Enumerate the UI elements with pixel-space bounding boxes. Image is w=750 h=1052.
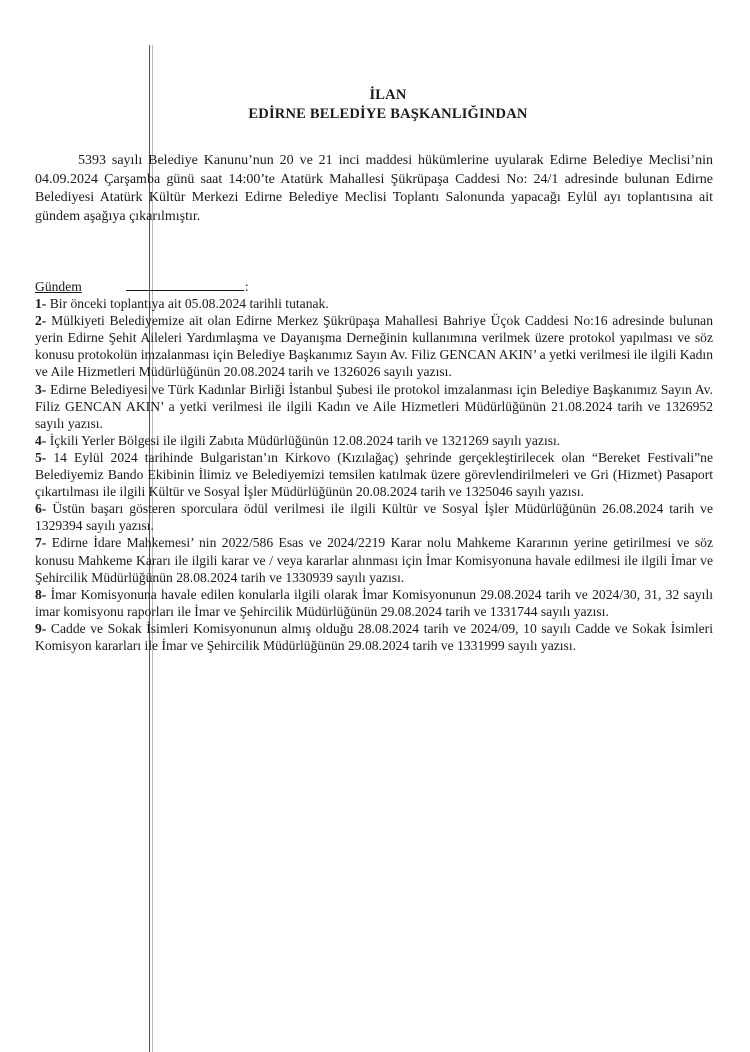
- agenda-item-text: 14 Eylül 2024 tarihinde Bulgaristan’ın K…: [35, 450, 713, 499]
- agenda-item-text: Üstün başarı gösteren sporculara ödül ve…: [35, 501, 713, 533]
- agenda-item: 3- Edirne Belediyesi ve Türk Kadınlar Bi…: [35, 381, 713, 432]
- agenda-item-number: 5-: [35, 450, 46, 465]
- agenda-item-text: Cadde ve Sokak İsimleri Komisyonunun alm…: [35, 621, 713, 653]
- agenda-item: 8- İmar Komisyonuna havale edilen konula…: [35, 586, 713, 620]
- agenda-item-number: 7-: [35, 535, 46, 550]
- agenda-section: Gündem : 1- Bir önceki toplantıya ait 05…: [35, 278, 713, 654]
- agenda-underline: [126, 278, 244, 291]
- document-title: İLAN: [26, 87, 750, 104]
- agenda-item-text: İçkili Yerler Bölgesi ile ilgili Zabıta …: [46, 433, 560, 448]
- agenda-item-text: İmar Komisyonuna havale edilen konularla…: [35, 587, 713, 619]
- agenda-item: 1- Bir önceki toplantıya ait 05.08.2024 …: [35, 295, 713, 312]
- agenda-item-number: 6-: [35, 501, 46, 516]
- agenda-item: 2- Mülkiyeti Belediyemize ait olan Edirn…: [35, 312, 713, 380]
- agenda-item-text: Bir önceki toplantıya ait 05.08.2024 tar…: [46, 296, 328, 311]
- agenda-item-number: 3-: [35, 382, 46, 397]
- agenda-item: 9- Cadde ve Sokak İsimleri Komisyonunun …: [35, 620, 713, 654]
- agenda-item-number: 2-: [35, 313, 46, 328]
- agenda-item: 4- İçkili Yerler Bölgesi ile ilgili Zabı…: [35, 432, 713, 449]
- agenda-colon: :: [245, 278, 249, 295]
- intro-paragraph: 5393 sayılı Belediye Kanunu’nun 20 ve 21…: [35, 152, 713, 226]
- agenda-item-number: 4-: [35, 433, 46, 448]
- document-page: İLAN EDİRNE BELEDİYE BAŞKANLIĞINDAN 5393…: [0, 0, 750, 1052]
- agenda-item-text: Edirne Belediyesi ve Türk Kadınlar Birli…: [35, 382, 713, 431]
- agenda-item-text: Mülkiyeti Belediyemize ait olan Edirne M…: [35, 313, 713, 379]
- agenda-item: 6- Üstün başarı gösteren sporculara ödül…: [35, 500, 713, 534]
- document-issuer: EDİRNE BELEDİYE BAŞKANLIĞINDAN: [26, 106, 750, 123]
- agenda-item: 5- 14 Eylül 2024 tarihinde Bulgaristan’ı…: [35, 449, 713, 500]
- agenda-list: 1- Bir önceki toplantıya ait 05.08.2024 …: [35, 295, 713, 654]
- agenda-label: Gündem: [35, 278, 82, 295]
- agenda-item-text: Edirne İdare Mahkemesi’ nin 2022/586 Esa…: [35, 535, 713, 584]
- agenda-heading: Gündem :: [35, 278, 713, 295]
- agenda-item-number: 9-: [35, 621, 46, 636]
- agenda-item: 7- Edirne İdare Mahkemesi’ nin 2022/586 …: [35, 534, 713, 585]
- agenda-item-number: 1-: [35, 296, 46, 311]
- agenda-item-number: 8-: [35, 587, 46, 602]
